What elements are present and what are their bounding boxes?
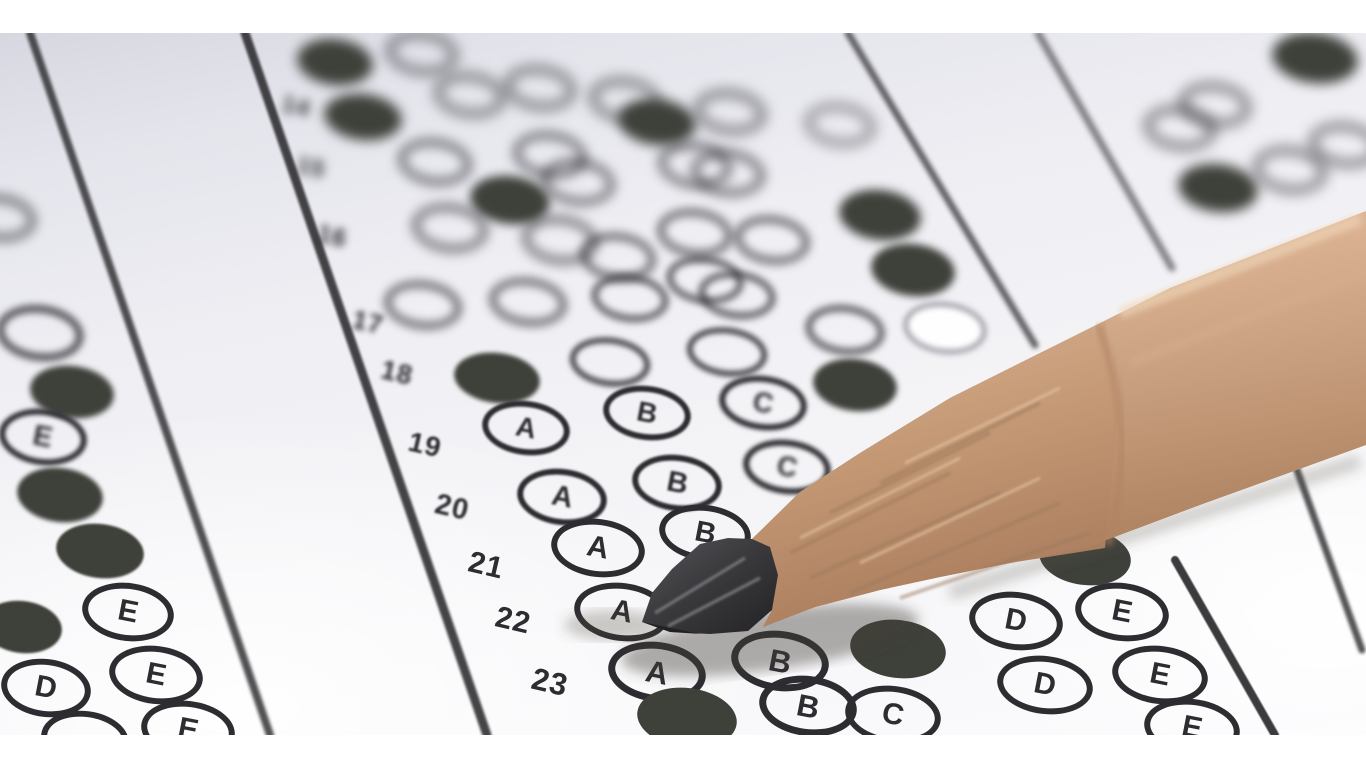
pencil-top-highlight (1120, 219, 1360, 313)
sharpening-collar (1098, 325, 1122, 545)
answer-bubble: E (79, 578, 177, 647)
bubble-letter: A (513, 412, 538, 443)
bubble-letter: E (1179, 711, 1204, 735)
bubble-letter: E (115, 595, 140, 628)
bubble-letter: E (175, 713, 200, 735)
answer-bubble (487, 275, 568, 330)
question-number: 16 (315, 221, 350, 252)
filled-answer-bubble (868, 239, 958, 301)
answer-bubble: C (716, 371, 810, 435)
bubble-letter: E (1109, 595, 1134, 628)
bubble-letter: B (794, 689, 822, 724)
filled-answer-bubble (0, 596, 65, 657)
wood-highlight-streaks (800, 388, 1060, 563)
bubble-letter: D (1031, 668, 1058, 702)
bubble-letter: C (774, 451, 799, 482)
answer-bubble: E (106, 640, 206, 709)
bubble-letter: A (549, 481, 575, 513)
question-number: 14 (279, 92, 312, 122)
question-number: 20 (432, 490, 472, 526)
answer-bubble (433, 70, 508, 120)
bubble-letter: C (750, 387, 775, 418)
answer-bubble: E (1072, 577, 1172, 646)
answer-bubble (0, 192, 37, 244)
answer-bubble (567, 333, 652, 390)
filled-answer-bubble (810, 354, 900, 416)
answer-bubble (684, 323, 769, 380)
question-number: 17 (350, 306, 386, 338)
filled-answer-bubble (847, 614, 949, 683)
question-number: 18 (378, 356, 415, 390)
answer-bubble (385, 33, 460, 78)
question-number: 15 (294, 153, 327, 183)
bubble-letter: A (584, 531, 611, 565)
letterbox-bar-bottom (0, 735, 1366, 768)
bubble-letter: C (879, 698, 906, 732)
filled-answer-bubble (1175, 159, 1260, 216)
bubble-letter: D (1002, 604, 1029, 638)
bubble-letter: B (692, 517, 718, 549)
answer-bubble: A (479, 396, 573, 460)
bubble-letter: E (1147, 658, 1172, 691)
question-number: 23 (529, 663, 572, 701)
bubble-letter: B (766, 644, 794, 679)
bubble-letter: A (643, 655, 671, 690)
filled-answer-bubble (321, 89, 404, 144)
answer-bubble (540, 156, 617, 208)
answer-bubble: A (571, 577, 673, 646)
answer-bubble (589, 271, 670, 326)
answer-bubble: D (966, 586, 1066, 655)
answer-bubble (693, 87, 768, 137)
letterbox-bar-top (0, 0, 1366, 33)
question-number: 22 (492, 602, 533, 639)
bubble-letter: D (32, 671, 59, 705)
graphite-sheen (655, 558, 760, 626)
bubble-letter: A (608, 595, 635, 629)
answer-bubble: C (842, 680, 944, 735)
answer-bubble (503, 63, 578, 113)
answer-bubble (690, 147, 767, 199)
answer-bubble: C (740, 435, 834, 499)
column-divider-line (1038, 33, 1172, 268)
answer-sheet-paper: EEEDEABCABCABAABBCDEDEE (0, 33, 1366, 735)
filled-answer-bubble (14, 463, 106, 527)
question-number: 19 (406, 428, 445, 463)
answer-bubble (732, 213, 811, 268)
filled-answer-bubble (53, 519, 147, 583)
answer-bubble: B (600, 381, 694, 445)
answer-bubble (397, 136, 474, 188)
filled-answer-bubble (1036, 524, 1134, 591)
photo-of-answer-sheet: EEEDEABCABCABAABBCDEDEE (0, 0, 1366, 768)
filled-answer-bubble (1269, 33, 1360, 88)
column-divider-line (1288, 445, 1362, 650)
pencil-mid-grain (1130, 273, 1366, 363)
filled-answer-bubble (836, 185, 923, 245)
answer-bubble (0, 301, 86, 365)
filled-answer-bubble (615, 94, 698, 149)
answer-bubble (382, 278, 463, 333)
bubble-letter: E (31, 421, 56, 453)
answer-bubble (655, 206, 734, 261)
bubble-letter: B (664, 467, 690, 499)
bubble-letter: E (143, 658, 168, 691)
answer-bubble (803, 301, 886, 358)
bubble-letter: B (634, 397, 659, 428)
answer-bubble (900, 297, 990, 359)
filled-answer-bubble (294, 35, 375, 90)
question-number: 21 (465, 547, 506, 584)
answer-bubble: D (994, 650, 1096, 719)
answer-bubble (804, 101, 876, 149)
filled-answer-bubble (451, 348, 542, 408)
